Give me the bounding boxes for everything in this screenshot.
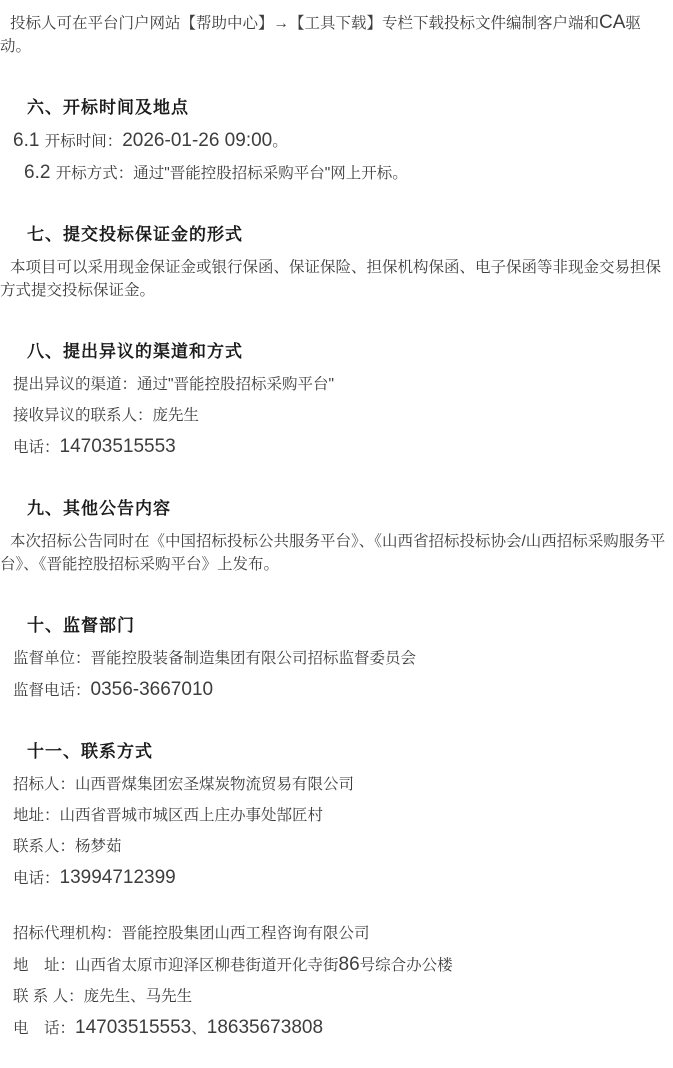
text-segment: 6.2 [24,162,56,183]
text-segment: 6.1 [13,130,45,151]
line-agency-contact: 联 系 人：庞先生、马先生 [0,985,671,1008]
line-bid-opening-method: 6.2 开标方式：通过"晋能控股招标采购平台"网上开标。 [0,161,671,185]
line-agency-address: 地 址：山西省太原市迎泽区柳巷街道开化寺街86号综合办公楼 [0,953,671,977]
text-segment: 监督单位：晋能控股装备制造集团有限公司招标监督委员会 [13,650,416,667]
text-segment: 本次招标公告同时在《中国招标投标公共服务平台》、《山西省招标投标协会/山西招标采… [0,533,665,573]
line-objection-channel: 提出异议的渠道：通过"晋能控股招标采购平台" [0,373,671,396]
text-segment: 招标代理机构：晋能控股集团山西工程咨询有限公司 [13,925,370,942]
section-heading-supervision-department: 十、监督部门 [0,614,671,637]
text-segment: 地 址：山西省太原市迎泽区柳巷街道开化寺街 [13,957,339,974]
text-segment: 电话： [13,439,60,456]
text-segment: 开标方式：通过"晋能控股招标采购平台"网上开标。 [56,165,408,182]
line-tenderer-name: 招标人：山西晋煤集团宏圣煤炭物流贸易有限公司 [0,773,671,796]
text-segment: 86 [339,954,360,975]
text-segment: 13994712399 [60,867,176,888]
paragraph-bid-security: 本项目可以采用现金保证金或银行保函、保证保险、担保机构保函、电子保函等非现金交易… [0,256,671,302]
text-segment: 号综合办公楼 [360,957,453,974]
line-tenderer-contact: 联系人：杨梦茹 [0,835,671,858]
text-segment: 投标人可在平台门户网站【帮助中心】→【工具下载】专栏下载投标文件编制客户端和 [10,15,599,32]
section-heading-bid-security-form: 七、提交投标保证金的形式 [0,223,671,246]
line-supervision-unit: 监督单位：晋能控股装备制造集团有限公司招标监督委员会 [0,647,671,670]
text-segment: 监督电话： [13,682,91,699]
text-segment: 联 系 人：庞先生、马先生 [13,988,192,1005]
line-bid-opening-time: 6.1 开标时间：2026-01-26 09:00。 [0,129,671,153]
section-heading-bid-opening: 六、开标时间及地点 [0,96,671,119]
section-heading-other-content: 九、其他公告内容 [0,497,671,520]
line-agency-phone: 电 话：14703515553、18635673808 [0,1016,671,1040]
text-segment: 招标人：山西晋煤集团宏圣煤炭物流贸易有限公司 [13,776,354,793]
text-segment: 、 [191,1020,207,1037]
text-segment: 联系人：杨梦茹 [13,838,122,855]
line-agency-name: 招标代理机构：晋能控股集团山西工程咨询有限公司 [0,922,671,945]
section-heading-contact-info: 十一、联系方式 [0,740,671,763]
text-segment: 电话： [13,870,60,887]
text-segment: 本项目可以采用现金保证金或银行保函、保证保险、担保机构保函、电子保函等非现金交易… [0,259,661,299]
text-segment: 地址：山西省晋城市城区西上庄办事处郜匠村 [13,807,323,824]
text-segment: 提出异议的渠道：通过"晋能控股招标采购平台" [13,376,334,393]
line-objection-phone: 电话：14703515553 [0,435,671,459]
line-supervision-phone: 监督电话：0356-3667010 [0,678,671,702]
text-segment: CA [599,12,625,33]
line-tenderer-phone: 电话：13994712399 [0,866,671,890]
line-objection-contact: 接收异议的联系人：庞先生 [0,404,671,427]
text-segment: 14703515553 [60,436,176,457]
text-segment: 接收异议的联系人：庞先生 [13,407,199,424]
text-segment: 18635673808 [207,1017,323,1038]
text-segment: 电 话： [13,1020,75,1037]
text-segment: 。 [272,133,288,150]
tender-announcement-document: 投标人可在平台门户网站【帮助中心】→【工具下载】专栏下载投标文件编制客户端和CA… [0,0,673,1068]
text-segment: 2026-01-26 09:00 [122,130,272,151]
text-segment: 14703515553 [75,1017,191,1038]
section-heading-objection-channel: 八、提出异议的渠道和方式 [0,340,671,363]
line-tenderer-address: 地址：山西省晋城市城区西上庄办事处郜匠村 [0,804,671,827]
paragraph-publish-platforms: 本次招标公告同时在《中国招标投标公共服务平台》、《山西省招标投标协会/山西招标采… [0,530,671,576]
text-segment: 开标时间： [45,133,123,150]
text-segment: 0356-3667010 [91,679,214,700]
intro-paragraph: 投标人可在平台门户网站【帮助中心】→【工具下载】专栏下载投标文件编制客户端和CA… [0,11,671,58]
